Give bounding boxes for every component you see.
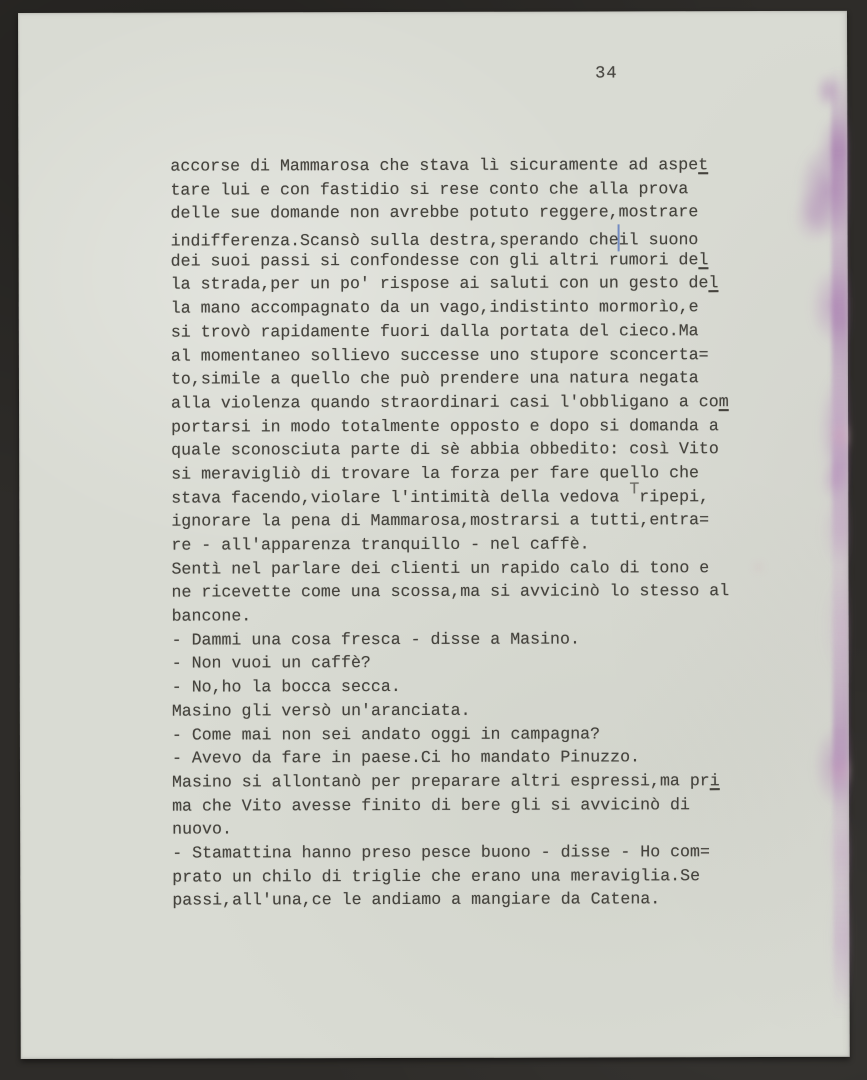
text-segment-ul: l xyxy=(708,274,718,293)
text-line: to,simile a quello che può prendere una … xyxy=(171,366,771,391)
text-line: dei suoi passi si confondesse con gli al… xyxy=(171,248,771,273)
text-segment: accorse di Mammarosa che stava lì sicura… xyxy=(170,155,698,175)
text-segment: si meravigliò di trovare la forza per fa… xyxy=(171,463,699,483)
text-line: si trovò rapidamente fuori dalla portata… xyxy=(171,319,771,344)
text-segment: portarsi in modo totalmente opposto e do… xyxy=(171,416,719,436)
text-segment: Sentì nel parlare dei clienti un rapido … xyxy=(171,558,709,578)
text-segment: bancone. xyxy=(172,606,252,625)
text-segment: Masino gli versò un'aranciata. xyxy=(172,701,471,721)
text-segment: alla violenza quando straordinari casi l… xyxy=(171,392,719,412)
text-line: si meravigliò di trovare la forza per fa… xyxy=(171,461,771,486)
text-segment: - Non vuoi un caffè? xyxy=(172,654,371,674)
text-line: passi,all'una,ce le andiamo a mangiare d… xyxy=(172,887,772,912)
text-segment: to,simile a quello che può prendere una … xyxy=(171,368,699,388)
text-line: re - all'apparenza tranquillo - nel caff… xyxy=(171,532,771,557)
text-line: alla violenza quando straordinari casi l… xyxy=(171,390,771,415)
text-segment: la strada,per un po' rispose ai saluti c… xyxy=(171,274,709,294)
text-segment: stava facendo,violare l'intimità della v… xyxy=(171,487,629,507)
text-segment-ul: i xyxy=(710,771,720,790)
text-segment: delle sue domande non avrebbe potuto reg… xyxy=(171,203,699,223)
text-line: la mano accompagnato da un vago,indistin… xyxy=(171,295,771,320)
text-line: - Come mai non sei andato oggi in campag… xyxy=(172,722,772,747)
text-line: la strada,per un po' rispose ai saluti c… xyxy=(171,271,771,296)
text-line: Sentì nel parlare dei clienti un rapido … xyxy=(171,556,771,581)
text-segment: re - all'apparenza tranquillo - nel caff… xyxy=(171,535,589,555)
text-segment: ripepi, xyxy=(639,487,709,506)
text-segment: nuovo. xyxy=(172,820,232,839)
text-line: Masino si allontanò per preparare altri … xyxy=(172,769,772,794)
text-segment-sup: T xyxy=(629,480,639,499)
text-line: quale sconosciuta parte di sè abbia obbe… xyxy=(171,437,771,462)
text-line: bancone. xyxy=(172,603,772,628)
text-segment: la mano accompagnato da un vago,indistin… xyxy=(171,297,699,317)
text-segment: Masino si allontanò per preparare altri … xyxy=(172,771,710,791)
page-number: 34 xyxy=(595,64,617,83)
text-segment: quale sconosciuta parte di sè abbia obbe… xyxy=(171,439,719,459)
text-segment-ul: l xyxy=(698,250,708,269)
text-line: delle sue domande non avrebbe potuto reg… xyxy=(170,200,770,225)
text-segment: tare lui e con fastidio si rese conto ch… xyxy=(170,179,688,199)
text-line: portarsi in modo totalmente opposto e do… xyxy=(171,414,771,439)
text-segment: dei suoi passi si confondesse con gli al… xyxy=(171,250,699,270)
text-segment: - No,ho la bocca secca. xyxy=(172,677,401,697)
text-segment: il suono xyxy=(619,230,699,249)
text-line: - No,ho la bocca secca. xyxy=(172,674,772,699)
text-segment: indifferenza.Scansò sulla destra,sperand… xyxy=(171,230,619,250)
text-line: ma che Vito avesse finito di bere gli si… xyxy=(172,793,772,818)
text-line: - Stamattina hanno preso pesce buono - d… xyxy=(172,840,772,865)
text-segment: si trovò rapidamente fuori dalla portata… xyxy=(171,321,699,341)
text-line: - Avevo da fare in paese.Ci ho mandato P… xyxy=(172,745,772,770)
text-segment-ul: m xyxy=(719,392,729,411)
text-block: accorse di Mammarosa che stava lì sicura… xyxy=(170,153,772,913)
text-line: stava facendo,violare l'intimità della v… xyxy=(171,485,771,510)
text-line: - Dammi una cosa fresca - disse a Masino… xyxy=(172,627,772,652)
scanned-page: 34 accorse di Mammarosa che stava lì sic… xyxy=(18,11,850,1059)
text-segment: passi,all'una,ce le andiamo a mangiare d… xyxy=(172,890,660,910)
text-line: accorse di Mammarosa che stava lì sicura… xyxy=(170,153,770,178)
text-segment: prato un chilo di triglie che erano una … xyxy=(172,866,700,886)
ink-stain-edge xyxy=(831,66,849,1017)
text-segment: - Come mai non sei andato oggi in campag… xyxy=(172,724,600,744)
text-line: - Non vuoi un caffè? xyxy=(172,650,772,675)
text-line: prato un chilo di triglie che erano una … xyxy=(172,864,772,889)
text-line: Masino gli versò un'aranciata. xyxy=(172,698,772,723)
text-line: ne ricevette come una scossa,ma si avvic… xyxy=(171,579,771,604)
text-segment: - Stamattina hanno preso pesce buono - d… xyxy=(172,842,710,862)
text-segment: ignorare la pena di Mammarosa,mostrarsi … xyxy=(171,511,709,531)
text-segment: al momentaneo sollievo successe uno stup… xyxy=(171,345,709,365)
text-line: al momentaneo sollievo successe uno stup… xyxy=(171,343,771,368)
text-line: indifferenza.Scansò sulla destra,sperand… xyxy=(171,224,771,249)
text-line: ignorare la pena di Mammarosa,mostrarsi … xyxy=(171,508,771,533)
text-segment-ul: t xyxy=(698,155,708,174)
text-segment: ma che Vito avesse finito di bere gli si… xyxy=(172,795,690,815)
scan-background: 34 accorse di Mammarosa che stava lì sic… xyxy=(0,0,867,1080)
text-line: nuovo. xyxy=(172,816,772,841)
text-segment: - Avevo da fare in paese.Ci ho mandato P… xyxy=(172,748,640,768)
text-segment: - Dammi una cosa fresca - disse a Masino… xyxy=(172,629,580,649)
text-segment: ne ricevette come una scossa,ma si avvic… xyxy=(171,582,729,602)
text-line: tare lui e con fastidio si rese conto ch… xyxy=(170,177,770,202)
